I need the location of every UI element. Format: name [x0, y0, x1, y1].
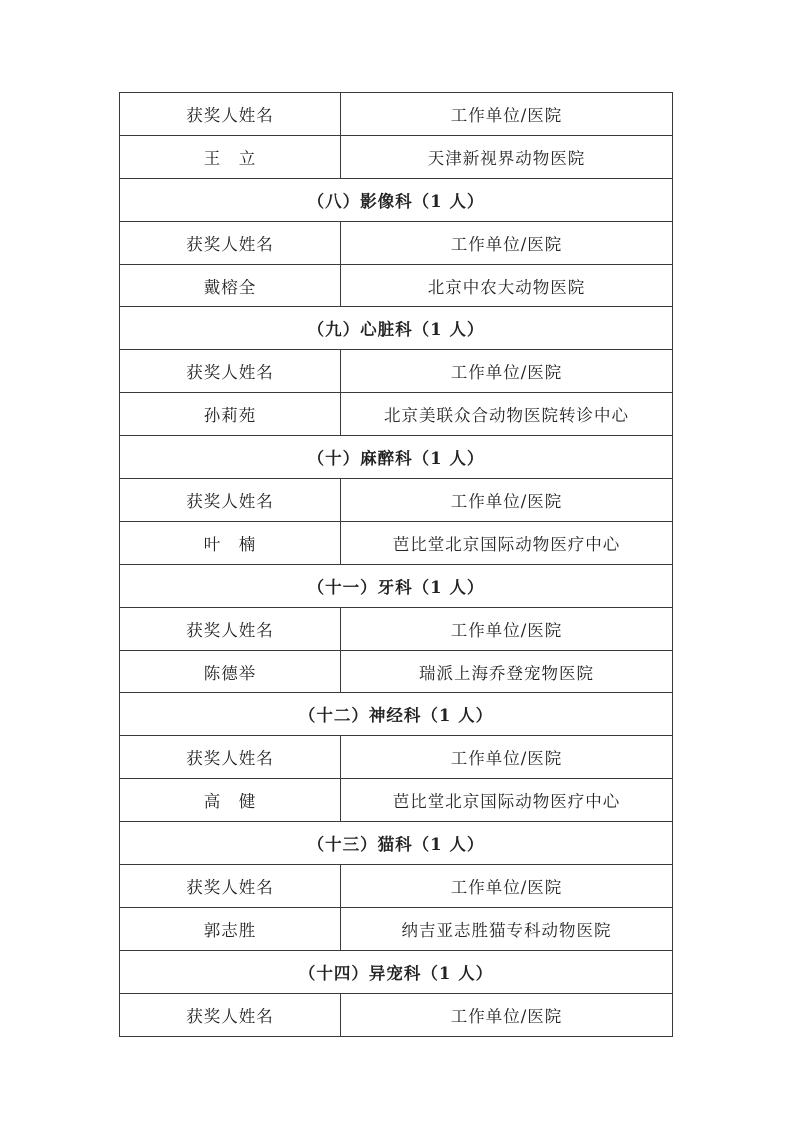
- winner-name: 孙莉苑: [120, 393, 341, 436]
- unit-column-header: 工作单位/医院: [341, 93, 673, 136]
- column-header-row: 获奖人姓名工作单位/医院: [120, 221, 673, 264]
- winner-name: 郭志胜: [120, 907, 341, 950]
- winner-unit: 芭比堂北京国际动物医疗中心: [341, 521, 673, 564]
- name-column-header: 获奖人姓名: [120, 350, 341, 393]
- winner-name: 王 立: [120, 135, 341, 178]
- table-row: 郭志胜纳吉亚志胜猫专科动物医院: [120, 907, 673, 950]
- table-row: 陈德举瑞派上海乔登宠物医院: [120, 650, 673, 693]
- column-header-row: 获奖人姓名工作单位/医院: [120, 993, 673, 1036]
- column-header-row: 获奖人姓名工作单位/医院: [120, 607, 673, 650]
- section-title: （十四）异宠科（1 人）: [120, 950, 673, 993]
- winner-unit: 北京美联众合动物医院转诊中心: [341, 393, 673, 436]
- name-column-header: 获奖人姓名: [120, 221, 341, 264]
- section-row: （十二）神经科（1 人）: [120, 693, 673, 736]
- section-title: （八）影像科（1 人）: [120, 178, 673, 221]
- section-row: （九）心脏科（1 人）: [120, 307, 673, 350]
- column-header-row: 获奖人姓名工作单位/医院: [120, 736, 673, 779]
- name-column-header: 获奖人姓名: [120, 607, 341, 650]
- winner-name: 高 健: [120, 779, 341, 822]
- section-title: （十二）神经科（1 人）: [120, 693, 673, 736]
- column-header-row: 获奖人姓名工作单位/医院: [120, 479, 673, 522]
- section-title: （十一）牙科（1 人）: [120, 564, 673, 607]
- section-title: （十三）猫科（1 人）: [120, 822, 673, 865]
- winner-unit: 纳吉亚志胜猫专科动物医院: [341, 907, 673, 950]
- column-header-row: 获奖人姓名工作单位/医院: [120, 350, 673, 393]
- table-body: 获奖人姓名工作单位/医院王 立天津新视界动物医院（八）影像科（1 人）获奖人姓名…: [120, 93, 673, 1037]
- table-row: 高 健芭比堂北京国际动物医疗中心: [120, 779, 673, 822]
- winner-unit: 北京中农大动物医院: [341, 264, 673, 307]
- section-title: （十）麻醉科（1 人）: [120, 436, 673, 479]
- unit-column-header: 工作单位/医院: [341, 736, 673, 779]
- section-row: （十）麻醉科（1 人）: [120, 436, 673, 479]
- name-column-header: 获奖人姓名: [120, 993, 341, 1036]
- table-row: 叶 楠芭比堂北京国际动物医疗中心: [120, 521, 673, 564]
- name-column-header: 获奖人姓名: [120, 93, 341, 136]
- section-row: （十一）牙科（1 人）: [120, 564, 673, 607]
- column-header-row: 获奖人姓名工作单位/医院: [120, 865, 673, 908]
- winner-unit: 天津新视界动物医院: [341, 135, 673, 178]
- unit-column-header: 工作单位/医院: [341, 479, 673, 522]
- section-row: （十四）异宠科（1 人）: [120, 950, 673, 993]
- column-header-row: 获奖人姓名工作单位/医院: [120, 93, 673, 136]
- unit-column-header: 工作单位/医院: [341, 607, 673, 650]
- unit-column-header: 工作单位/医院: [341, 865, 673, 908]
- table-row: 王 立天津新视界动物医院: [120, 135, 673, 178]
- unit-column-header: 工作单位/医院: [341, 221, 673, 264]
- section-row: （八）影像科（1 人）: [120, 178, 673, 221]
- name-column-header: 获奖人姓名: [120, 865, 341, 908]
- section-row: （十三）猫科（1 人）: [120, 822, 673, 865]
- unit-column-header: 工作单位/医院: [341, 350, 673, 393]
- winner-unit: 瑞派上海乔登宠物医院: [341, 650, 673, 693]
- unit-column-header: 工作单位/医院: [341, 993, 673, 1036]
- table-row: 戴榕全北京中农大动物医院: [120, 264, 673, 307]
- section-title: （九）心脏科（1 人）: [120, 307, 673, 350]
- name-column-header: 获奖人姓名: [120, 479, 341, 522]
- table-row: 孙莉苑北京美联众合动物医院转诊中心: [120, 393, 673, 436]
- winner-unit: 芭比堂北京国际动物医疗中心: [341, 779, 673, 822]
- winner-name: 叶 楠: [120, 521, 341, 564]
- award-winners-table: 获奖人姓名工作单位/医院王 立天津新视界动物医院（八）影像科（1 人）获奖人姓名…: [119, 92, 673, 1037]
- name-column-header: 获奖人姓名: [120, 736, 341, 779]
- winner-name: 陈德举: [120, 650, 341, 693]
- winner-name: 戴榕全: [120, 264, 341, 307]
